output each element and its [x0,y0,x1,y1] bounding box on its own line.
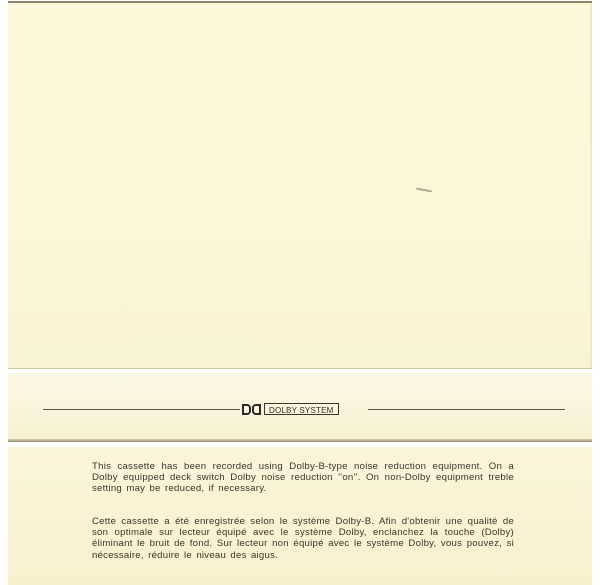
spine-panel: DOLBY SYSTEM [8,373,592,442]
scuff-mark [416,188,432,193]
french-notice: Cette cassette a été enregistrée selon l… [92,516,514,561]
dolby-double-d-icon [242,404,261,415]
fold-gap-upper [8,369,592,372]
spine-rule-left [43,409,240,410]
dolby-system-logo: DOLBY SYSTEM [242,403,339,415]
back-flap-panel: This cassette has been recorded using Do… [8,447,592,585]
cassette-insert-card: DOLBY SYSTEM This cassette has been reco… [8,1,592,585]
english-notice: This cassette has been recorded using Do… [92,461,514,495]
spine-rule-right [368,409,565,410]
dolby-system-label: DOLBY SYSTEM [264,403,339,415]
front-panel [8,1,592,371]
